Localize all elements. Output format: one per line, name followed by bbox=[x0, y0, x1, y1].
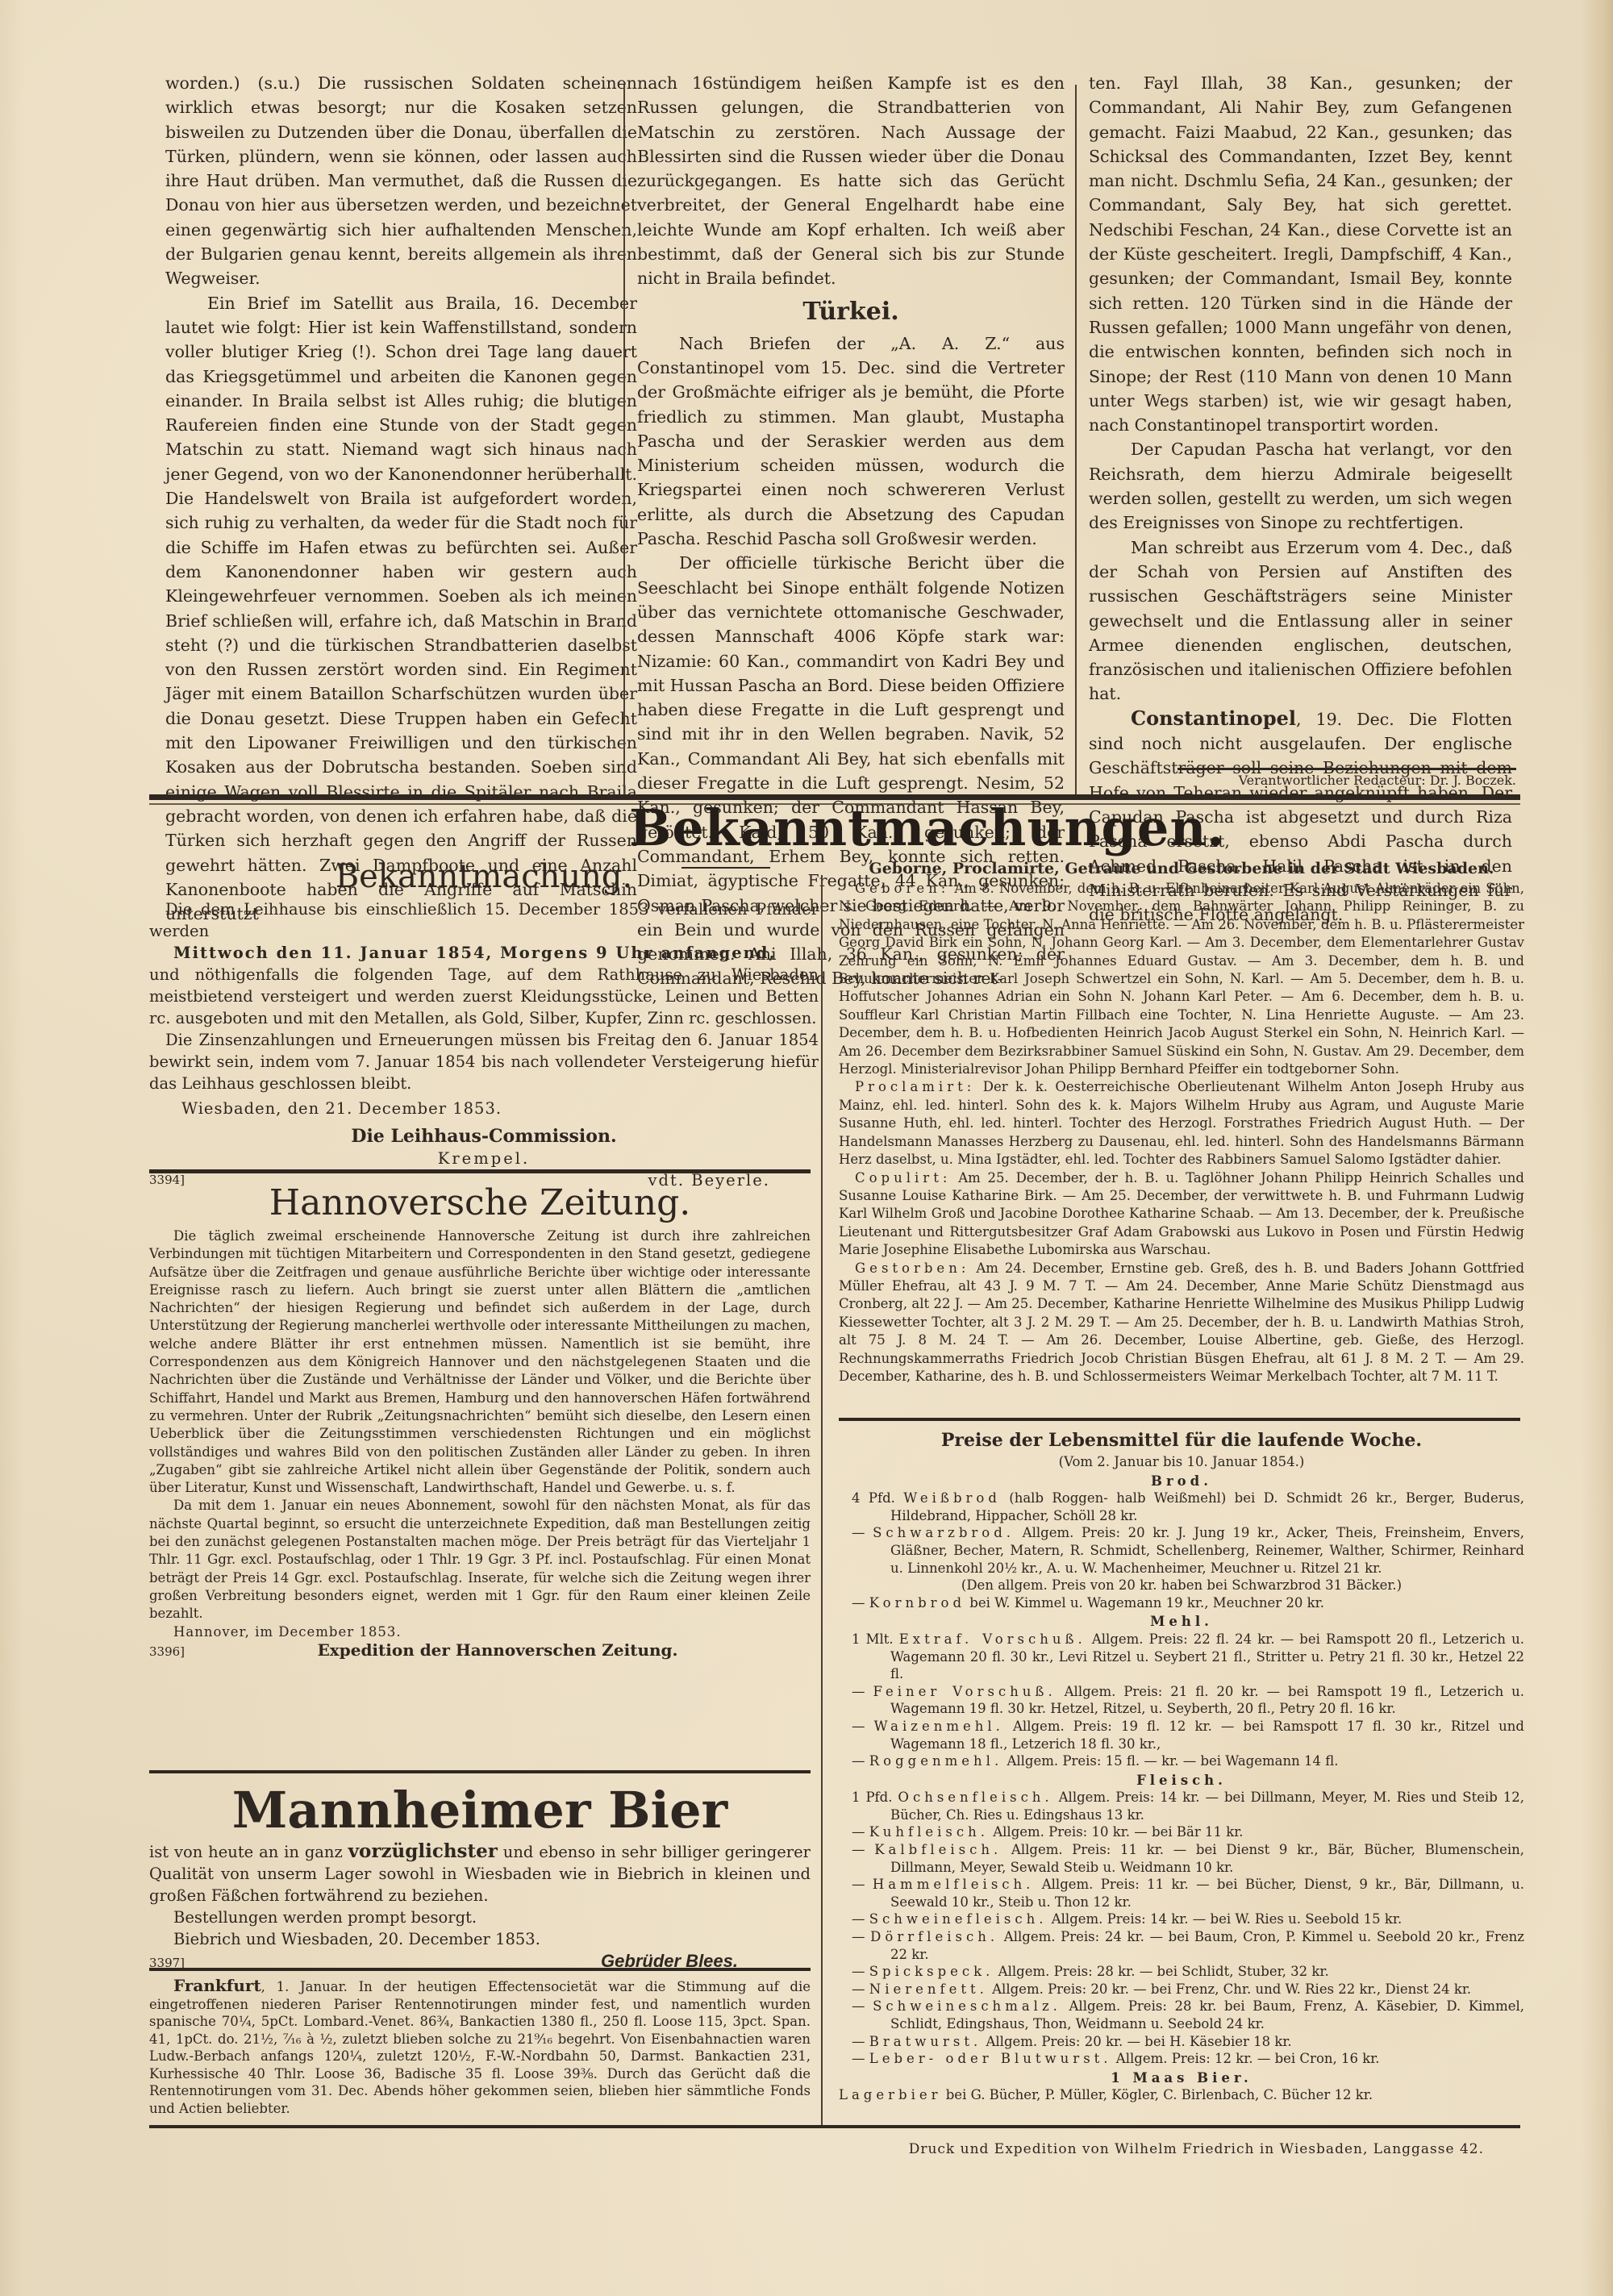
announcement-text: Die Zinsenzahlungen und Erneuerungen müs… bbox=[149, 1029, 819, 1094]
announcement-text: Die dem Leihhause bis einschließlich 15.… bbox=[149, 898, 819, 942]
price-item: — Feiner Vorschuß. Allgem. Preis: 21 fl.… bbox=[839, 1683, 1524, 1718]
ad-text: Bestellungen werden prompt besorgt. bbox=[149, 1906, 811, 1928]
article-paragraph: nach 16stündigem heißen Kampfe ist es de… bbox=[637, 71, 1065, 291]
ad-text: ist von heute an in ganz bbox=[149, 1843, 348, 1861]
announcement-name: Krempel. bbox=[149, 1148, 819, 1169]
ad-divider bbox=[149, 1968, 811, 1971]
price-item: — Schweineschmalz. Allgem. Preis: 28 kr.… bbox=[839, 1998, 1524, 2032]
announcement-title: Bekanntmachung. bbox=[149, 855, 819, 898]
column-divider bbox=[623, 85, 625, 794]
ad-dateline: Hannover, im December 1853. bbox=[149, 1623, 811, 1641]
price-item: — Schwarzbrod. Allgem. Preis: 20 kr. J. … bbox=[839, 1524, 1524, 1577]
price-item: — Kornbrod bei W. Kimmel u. Wagemann 19 … bbox=[839, 1594, 1524, 1612]
price-item: — Hammelfleisch. Allgem. Preis: 11 kr. —… bbox=[839, 1876, 1524, 1911]
ad-emphasis: vorzüglichster bbox=[348, 1840, 498, 1862]
price-item: 1 Mlt. Extraf. Vorschuß. Allgem. Preis: … bbox=[839, 1631, 1524, 1683]
announcement-dateline: Wiesbaden, den 21. December 1853. bbox=[149, 1098, 819, 1119]
hannoversche-zeitung-ad: Hannoversche Zeitung. Die täglich zweima… bbox=[149, 1179, 811, 1661]
price-item: — Waizenmehl. Allgem. Preis: 19 fl. 12 k… bbox=[839, 1718, 1524, 1752]
price-note: (Den allgem. Preis von 20 kr. haben bei … bbox=[839, 1577, 1524, 1594]
article-paragraph: Nach Briefen der „A. A. Z.“ aus Constant… bbox=[637, 331, 1065, 552]
leihhaus-announcement: Bekanntmachung. Die dem Leihhause bis ei… bbox=[149, 855, 819, 1191]
price-item: — Roggenmehl. Allgem. Preis: 15 fl. — kr… bbox=[839, 1752, 1524, 1770]
price-item: — Spickspeck. Allgem. Preis: 28 kr. — be… bbox=[839, 1963, 1524, 1981]
ad-title: Mannheimer Bier bbox=[149, 1781, 811, 1840]
prices-group-heading: Fleisch. bbox=[839, 1772, 1524, 1790]
prices-title: Preise der Lebensmittel für die laufende… bbox=[839, 1427, 1524, 1453]
register-label: Proclamirt: bbox=[855, 1079, 975, 1094]
newspaper-page: worden.) (s.u.) Die russischen Soldaten … bbox=[0, 0, 1613, 2296]
dateline-place: Frankfurt bbox=[173, 1976, 261, 1995]
ad-divider bbox=[149, 1770, 811, 1773]
mannheimer-bier-ad: Mannheimer Bier ist von heute an in ganz… bbox=[149, 1781, 811, 1974]
editor-rule bbox=[1177, 768, 1516, 770]
ad-signature: Expedition der Hannoverschen Zeitung. bbox=[185, 1641, 811, 1659]
section-heading-turkei: Türkei. bbox=[637, 296, 1065, 328]
prices-group-heading: Mehl. bbox=[839, 1613, 1524, 1631]
editor-line: Verantwortlicher Redacteur: Dr. J. Bocze… bbox=[1194, 773, 1516, 788]
register-title: Geborne, Proclamirte, Getraute und Gesto… bbox=[839, 857, 1524, 880]
price-item: — Kuhfleisch. Allgem. Preis: 10 kr. — be… bbox=[839, 1823, 1524, 1841]
ad-dateline: Biebrich und Wiesbaden, 20. December 185… bbox=[149, 1928, 811, 1950]
register-text: Am 8. November, dem h. B. u. Elfenbeinar… bbox=[839, 881, 1524, 1077]
civil-register: Geborne, Proclamirte, Getraute und Gesto… bbox=[839, 857, 1524, 1386]
prices-group-heading: Brod. bbox=[839, 1473, 1524, 1490]
food-prices: Preise der Lebensmittel für die laufende… bbox=[839, 1427, 1524, 2104]
price-item: — Bratwurst. Allgem. Preis: 20 kr. — bei… bbox=[839, 2033, 1524, 2051]
frankfurt-market-report: Frankfurt, 1. Januar. In der heutigen Ef… bbox=[149, 1977, 811, 2117]
register-label: Copulirt: bbox=[855, 1170, 951, 1186]
column-divider bbox=[821, 875, 823, 2125]
register-label: Geboren: bbox=[855, 881, 949, 896]
dateline-place: Constantinopel bbox=[1131, 706, 1296, 730]
article-paragraph: Der Capudan Pascha hat verlangt, vor den… bbox=[1089, 437, 1512, 535]
register-label: Gestorben: bbox=[855, 1261, 969, 1276]
price-item: — Nierenfett. Allgem. Preis: 20 kr. — be… bbox=[839, 1981, 1524, 1998]
register-text: Am 24. December, Ernstine geb. Greß, des… bbox=[839, 1261, 1524, 1384]
price-item: — Kalbfleisch. Allgem. Preis: 11 kr. — b… bbox=[839, 1841, 1524, 1876]
announcements-section-title: Bekanntmachungen. bbox=[629, 798, 1225, 857]
printer-imprint: Druck und Expedition von Wilhelm Friedri… bbox=[355, 2141, 1484, 2157]
announcement-signature: Die Leihhaus-Commission. bbox=[149, 1126, 819, 1148]
price-item: — Schweinefleisch. Allgem. Preis: 14 kr.… bbox=[839, 1911, 1524, 1928]
article-paragraph: Man schreibt aus Erzerum vom 4. Dec., da… bbox=[1089, 535, 1512, 706]
announcement-text: und nöthigenfalls die folgenden Tage, au… bbox=[149, 964, 819, 1029]
column-divider bbox=[1075, 85, 1077, 794]
article-paragraph: ten. Fayl Illah, 38 Kan., gesunken; der … bbox=[1089, 71, 1512, 437]
article-paragraph: worden.) (s.u.) Die russischen Soldaten … bbox=[165, 71, 637, 291]
ad-text: Die täglich zweimal erscheinende Hannove… bbox=[149, 1227, 811, 1497]
ad-divider bbox=[149, 1169, 811, 1173]
article-paragraph: Ein Brief im Satellit aus Braila, 16. De… bbox=[165, 291, 637, 927]
price-item: Lagerbier bei G. Bücher, P. Müller, Kögl… bbox=[839, 2086, 1524, 2104]
price-item: 1 Pfd. Ochsenfleisch. Allgem. Preis: 14 … bbox=[839, 1789, 1524, 1823]
prices-subtitle: (Vom 2. Januar bis 10. Januar 1854.) bbox=[839, 1453, 1524, 1471]
market-report-text: , 1. Januar. In der heutigen Effectensoc… bbox=[149, 1979, 811, 2116]
prices-group-heading: 1 Maas Bier. bbox=[839, 2069, 1524, 2087]
auction-date: Mittwoch den 11. Januar 1854, Morgens 9 … bbox=[149, 942, 819, 964]
price-item: — Leber- oder Blutwurst. Allgem. Preis: … bbox=[839, 2050, 1524, 2068]
register-divider bbox=[839, 1418, 1520, 1421]
price-item: — Dörrfleisch. Allgem. Preis: 24 kr. — b… bbox=[839, 1928, 1524, 1963]
price-item: 4 Pfd. Weißbrod (halb Roggen- halb Weißm… bbox=[839, 1490, 1524, 1524]
ad-title: Hannoversche Zeitung. bbox=[149, 1179, 811, 1227]
bottom-rule bbox=[149, 2125, 1520, 2128]
ad-number: 3396] bbox=[149, 1643, 185, 1661]
ad-text: Da mit dem 1. Januar ein neues Abonnemen… bbox=[149, 1497, 811, 1623]
